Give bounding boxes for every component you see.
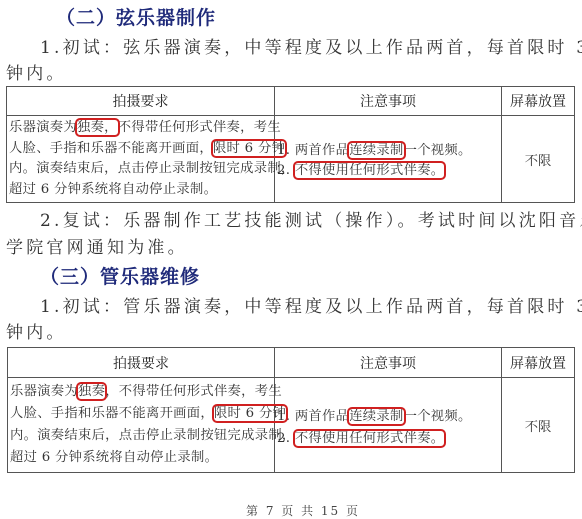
highlight-solo: 独奏 xyxy=(78,384,105,399)
highlight-time-limit: 限时 6 分钟 xyxy=(214,406,286,421)
note-text: 一个视频。 xyxy=(404,143,472,158)
table-header-row: 拍摄要求 注意事项 屏幕放置 xyxy=(7,87,575,116)
cell-requirements: 乐器演奏为独奏，不得带任何形式伴奏，考生 人脸、手指和乐器不能离开画面，限时 6… xyxy=(8,378,275,473)
paragraph-preliminary-line1: 1.初试：弦乐器演奏，中等程度及以上作品两首，每首限时 3 分 xyxy=(40,33,582,58)
cell-requirements: 乐器演奏为独奏，不得带任何形式伴奏，考生 人脸、手指和乐器不能离开画面，限时 6… xyxy=(7,116,275,203)
req-text: 内。演奏结束后，点击停止录制按钮完成录制， xyxy=(10,425,272,447)
req-text: ，不得带任何形式伴奏，考生 xyxy=(105,384,282,399)
page-number-footer: 第 7 页 共 15 页 xyxy=(246,502,360,519)
note-text: 1. 两首作品 xyxy=(277,409,349,424)
header-notes: 注意事项 xyxy=(275,87,502,116)
header-filming-requirements: 拍摄要求 xyxy=(8,348,275,378)
cell-notes: 1. 两首作品连续录制一个视频。 2. 不得使用任何形式伴奏。 xyxy=(275,378,502,473)
req-text: 超过 6 分钟系统将自动停止录制。 xyxy=(9,180,272,201)
req-text: 不得带任何形式伴奏，考生 xyxy=(118,120,281,135)
paragraph-preliminary-line2: 钟内。 xyxy=(6,318,67,343)
note-text: 2. xyxy=(277,163,295,178)
req-text: 人脸、手指和乐器不能离开画面， xyxy=(9,141,213,156)
paragraph-preliminary-line2: 钟内。 xyxy=(6,59,67,84)
requirements-table-1: 拍摄要求 注意事项 屏幕放置 乐器演奏为独奏，不得带任何形式伴奏，考生 人脸、手… xyxy=(6,86,575,203)
paragraph-retest-line1: 2.复试：乐器制作工艺技能测试（操作）。考试时间以沈阳音乐 xyxy=(40,206,582,231)
cell-screen-placement: 不限 xyxy=(502,116,575,203)
highlight-no-accompaniment: 不得使用任何形式伴奏。 xyxy=(295,431,445,446)
note-text: 2. xyxy=(277,431,295,446)
note-text: 一个视频。 xyxy=(404,409,472,424)
section-heading-wind-instruments: （三）管乐器维修 xyxy=(40,262,200,289)
header-screen-placement: 屏幕放置 xyxy=(502,348,575,378)
header-filming-requirements: 拍摄要求 xyxy=(7,87,275,116)
req-text: 乐器演奏为 xyxy=(9,120,77,135)
paragraph-preliminary-line1: 1.初试：管乐器演奏，中等程度及以上作品两首，每首限时 3 分 xyxy=(40,292,582,317)
table-row: 乐器演奏为独奏，不得带任何形式伴奏，考生 人脸、手指和乐器不能离开画面，限时 6… xyxy=(8,378,575,473)
highlight-time-limit: 限时 6 分钟 xyxy=(213,141,285,156)
highlight-solo: 独奏， xyxy=(77,120,118,135)
requirements-table-2: 拍摄要求 注意事项 屏幕放置 乐器演奏为独奏，不得带任何形式伴奏，考生 人脸、手… xyxy=(7,347,575,473)
table-header-row: 拍摄要求 注意事项 屏幕放置 xyxy=(8,348,575,378)
req-text: 内。演奏结束后，点击停止录制按钮完成录制， xyxy=(9,159,272,180)
req-text: 乐器演奏为 xyxy=(10,384,78,399)
cell-notes: 1. 两首作品连续录制一个视频。 2. 不得使用任何形式伴奏。 xyxy=(275,116,502,203)
cell-screen-placement: 不限 xyxy=(502,378,575,473)
note-text: 1. 两首作品 xyxy=(277,143,349,158)
req-text: 人脸、手指和乐器不能离开画面， xyxy=(10,406,214,421)
section-heading-string-instruments: （二）弦乐器制作 xyxy=(56,3,216,30)
paragraph-retest-line2: 学院官网通知为准。 xyxy=(6,233,188,258)
highlight-no-accompaniment: 不得使用任何形式伴奏。 xyxy=(295,163,445,178)
req-text: 超过 6 分钟系统将自动停止录制。 xyxy=(10,447,272,469)
highlight-continuous-recording: 连续录制 xyxy=(349,143,403,158)
table-row: 乐器演奏为独奏，不得带任何形式伴奏，考生 人脸、手指和乐器不能离开画面，限时 6… xyxy=(7,116,575,203)
header-screen-placement: 屏幕放置 xyxy=(502,87,575,116)
highlight-continuous-recording: 连续录制 xyxy=(349,409,403,424)
header-notes: 注意事项 xyxy=(275,348,502,378)
